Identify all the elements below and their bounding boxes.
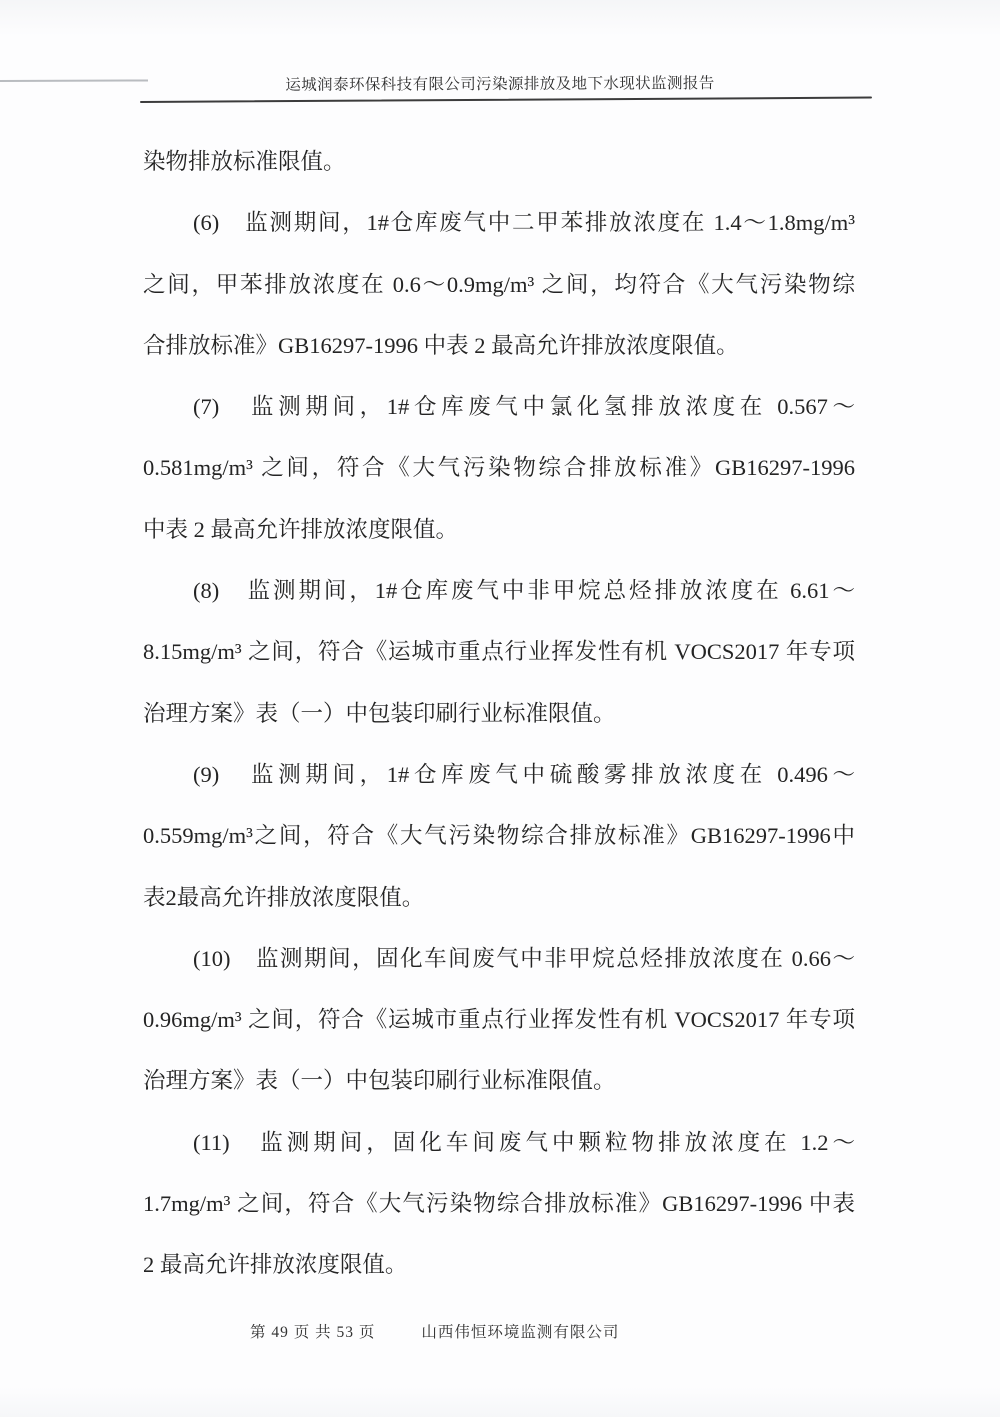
scan-noise-top: [0, 0, 1000, 36]
document-page: 运城润泰环保科技有限公司污染源排放及地下水现状监测报告 染物排放标准限值。 (6…: [0, 0, 1000, 1417]
text-line: 合排放标准》GB16297-1996 中表 2 最高允许排放浓度限值。: [143, 315, 855, 376]
text-line: (11) 监测期间，固化车间废气中颗粒物排放浓度在 1.2～: [143, 1112, 855, 1173]
paragraph-10: (10) 监测期间，固化车间废气中非甲烷总烃排放浓度在 0.66～ 0.96mg…: [143, 928, 855, 1112]
text-line: (6) 监测期间，1#仓库废气中二甲苯排放浓度在 1.4～1.8mg/m³: [143, 192, 855, 253]
footer-page-number: 第 49 页 共 53 页: [250, 1320, 375, 1342]
paragraph-11: (11) 监测期间，固化车间废气中颗粒物排放浓度在 1.2～ 1.7mg/m³ …: [143, 1112, 855, 1296]
text-line: 2 最高允许排放浓度限值。: [143, 1234, 855, 1295]
text-line: 0.96mg/m³ 之间，符合《运城市重点行业挥发性有机 VOCS2017 年专…: [143, 989, 855, 1050]
scan-noise-bottom: [0, 1387, 1000, 1417]
text-line: (9) 监测期间，1#仓库废气中硫酸雾排放浓度在 0.496～: [143, 744, 855, 805]
text-line: 0.581mg/m³ 之间，符合《大气污染物综合排放标准》GB16297-199…: [143, 437, 855, 498]
text-line: 1.7mg/m³ 之间，符合《大气污染物综合排放标准》GB16297-1996 …: [143, 1173, 855, 1234]
text-line: 中表 2 最高允许排放浓度限值。: [143, 499, 855, 560]
body-text: 染物排放标准限值。 (6) 监测期间，1#仓库废气中二甲苯排放浓度在 1.4～1…: [143, 131, 855, 1296]
text-line: (10) 监测期间，固化车间废气中非甲烷总烃排放浓度在 0.66～: [143, 928, 855, 989]
continued-text-line: 染物排放标准限值。: [143, 131, 855, 192]
page-footer: 第 49 页 共 53 页 山西伟恒环境监测有限公司: [250, 1320, 619, 1342]
text-line: 表2最高允许排放浓度限值。: [143, 867, 855, 928]
text-line: 0.559mg/m³之间，符合《大气污染物综合排放标准》GB16297-1996…: [143, 805, 855, 866]
header-title: 运城润泰环保科技有限公司污染源排放及地下水现状监测报告: [0, 70, 1000, 96]
footer-company: 山西伟恒环境监测有限公司: [421, 1320, 619, 1342]
paragraph-8: (8) 监测期间，1#仓库废气中非甲烷总烃排放浓度在 6.61～ 8.15mg/…: [143, 560, 855, 744]
text-line: 治理方案》表（一）中包装印刷行业标准限值。: [143, 1050, 855, 1111]
text-line: 8.15mg/m³ 之间，符合《运城市重点行业挥发性有机 VOCS2017 年专…: [143, 621, 855, 682]
paragraph-7: (7) 监测期间，1#仓库废气中氯化氢排放浓度在 0.567～ 0.581mg/…: [143, 376, 855, 560]
paragraph-6: (6) 监测期间，1#仓库废气中二甲苯排放浓度在 1.4～1.8mg/m³ 之间…: [143, 192, 855, 376]
header-rule: [140, 97, 872, 103]
text-line: (8) 监测期间，1#仓库废气中非甲烷总烃排放浓度在 6.61～: [143, 560, 855, 621]
text-line: 之间，甲苯排放浓度在 0.6～0.9mg/m³ 之间，均符合《大气污染物综: [143, 254, 855, 315]
text-line: (7) 监测期间，1#仓库废气中氯化氢排放浓度在 0.567～: [143, 376, 855, 437]
paragraph-9: (9) 监测期间，1#仓库废气中硫酸雾排放浓度在 0.496～ 0.559mg/…: [143, 744, 855, 928]
text-line: 治理方案》表（一）中包装印刷行业标准限值。: [143, 683, 855, 744]
